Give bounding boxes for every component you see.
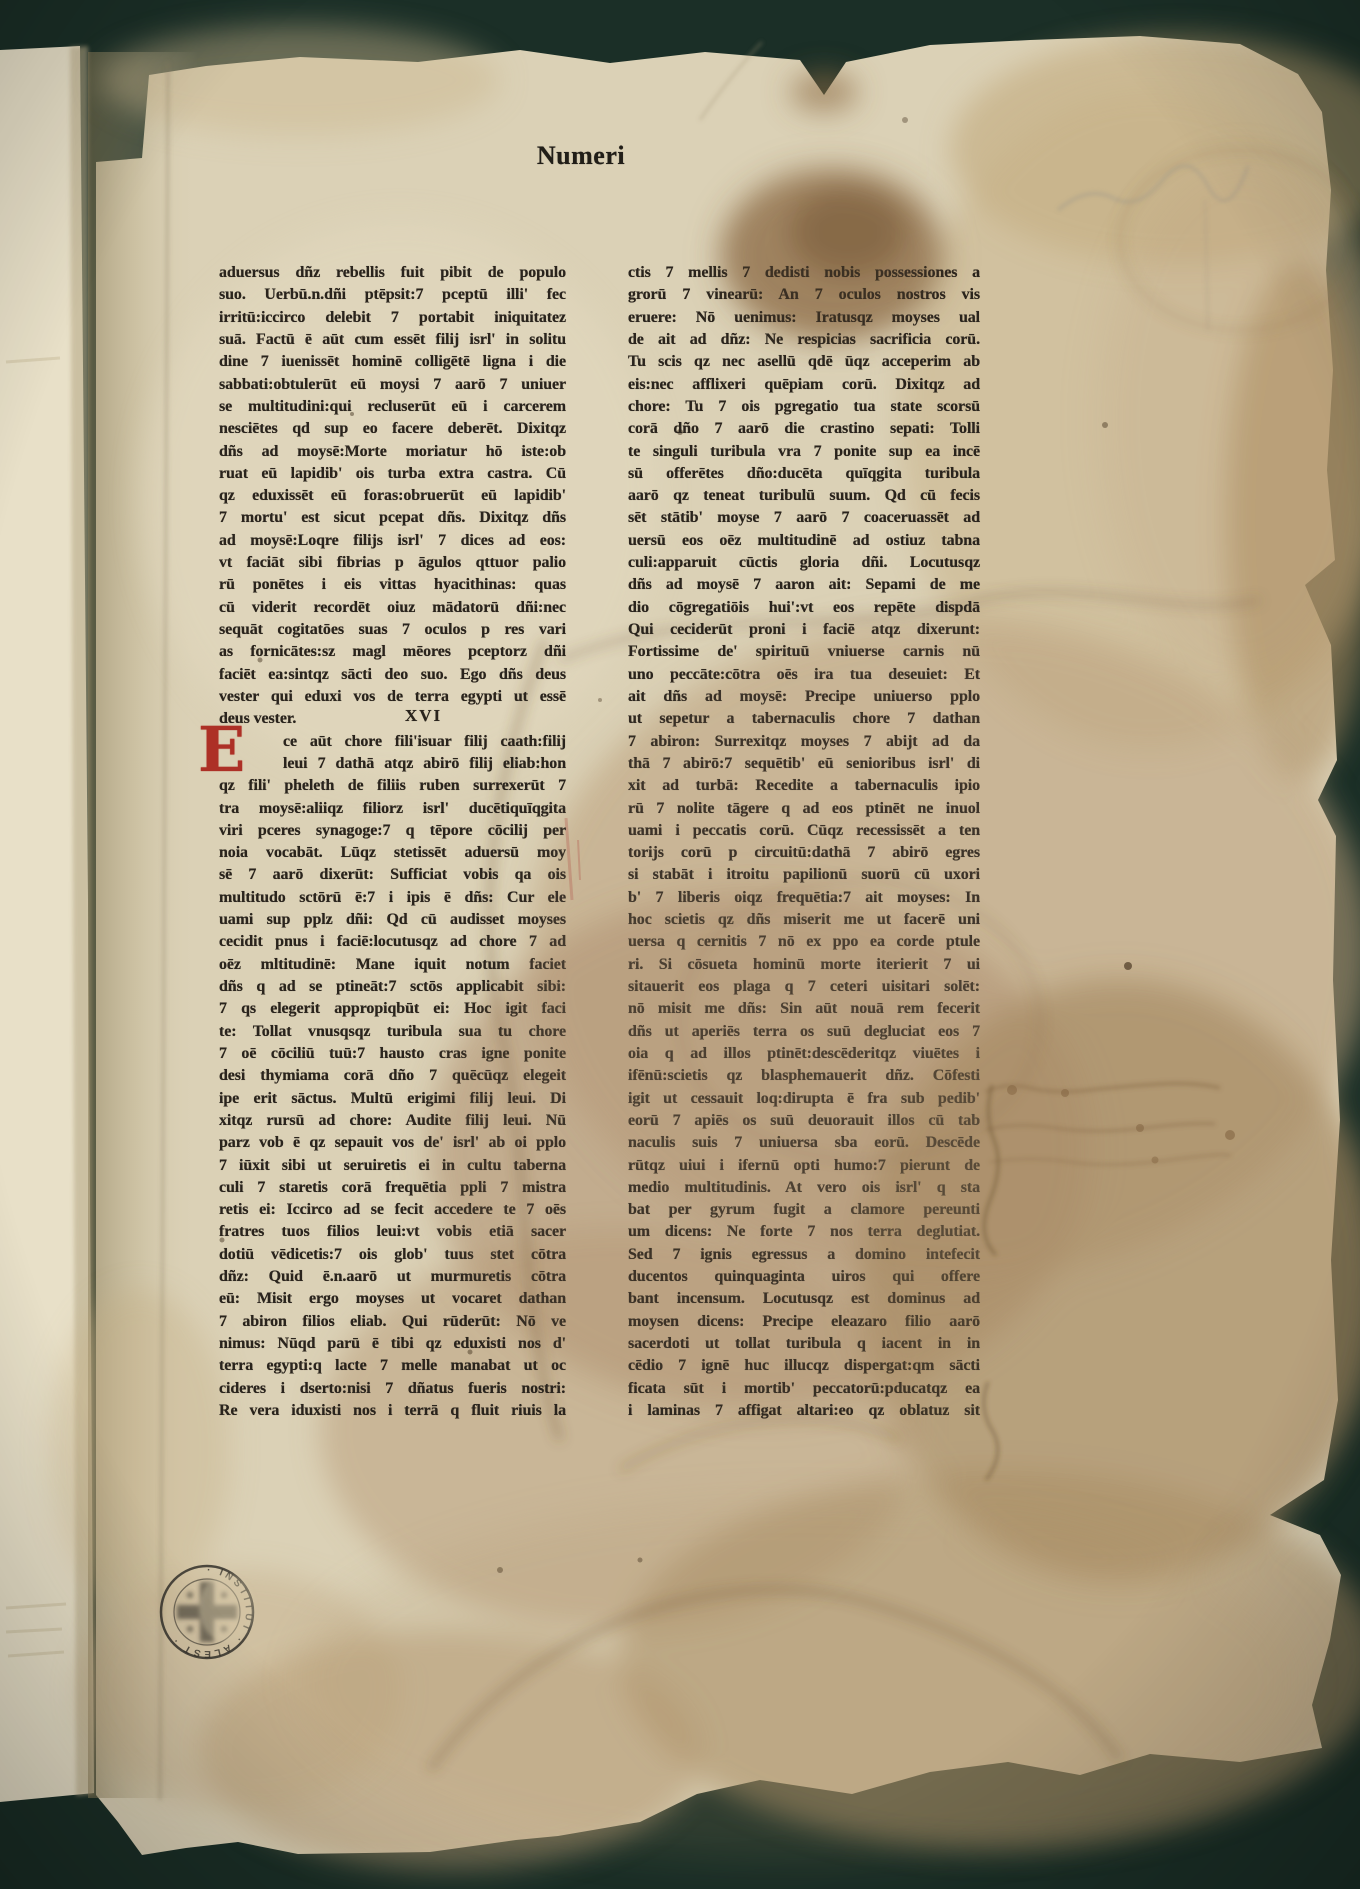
text-line: as fornicātes:sz magl mēores pceptorz dñ… [219, 641, 566, 663]
text-line: viri pceres synagoge:7 q tēpore cōcilij … [219, 820, 566, 842]
text-line: xit ad turbā: Recedite a tabernaculis ip… [628, 775, 980, 797]
text-line: bat per gyrum fugit a clamore pereunti [628, 1199, 980, 1221]
text-line: ri. Si cōsueta hominū morte iterierit 7 … [628, 954, 980, 976]
text-line: chore: Tu 7 ois pgregatio tua state scor… [628, 396, 980, 418]
text-line: ad moysē:Loqre filijs isrl' 7 dices ad e… [219, 530, 566, 552]
printed-text-layer: Numeri aduersus dñz rebellis fuit pibit … [0, 0, 1360, 1889]
text-line: eis:nec afflixeri quēpiam corū. Dixitqz … [628, 374, 980, 396]
text-line: nesciētes qd sup eo facere deberēt. Dixi… [219, 418, 566, 440]
text-line: ut sepetur a tabernaculis chore 7 dathan [628, 708, 980, 730]
text-line: bant incensum. Locutusqz est dominus ad [628, 1288, 980, 1310]
text-line: ducentos quinquaginta uiros qui offere [628, 1266, 980, 1288]
text-line: ait dñs ad moysē: Precipe uniuerso pplo [628, 686, 980, 708]
text-line: suo. Uerbū.n.dñi ptēpsit:7 pceptū illi' … [219, 284, 566, 306]
text-line: sequāt cogitatōes suas 7 oculos p res va… [219, 619, 566, 641]
text-line: uno peccāte:cōtra oēs ira tua deseuiet: … [628, 664, 980, 686]
text-line: te singuli turibula vra 7 ponite sup ea … [628, 441, 980, 463]
text-line: multitudo sctōrū ē:7 i ipis ē dñs: Cur e… [219, 887, 566, 909]
text-line: cēdio 7 ignē huc illucqz dispergat:qm sā… [628, 1355, 980, 1377]
text-line: rūtqz uiui i ifernū opti humo:7 pierunt … [628, 1155, 980, 1177]
text-line: leui 7 dathā atqz abirō filij eliab:hon [219, 753, 566, 775]
text-line: retis ei: Iccirco ad se fecit accedere t… [219, 1199, 566, 1221]
text-line: faciēt ea:sintqz sācti deo suo. Ego dñs … [219, 664, 566, 686]
text-line: igit ut cessauit loq:dirupta ē fra sub p… [628, 1088, 980, 1110]
text-line: deus vester. [219, 708, 566, 730]
text-column-left: aduersus dñz rebellis fuit pibit de popu… [219, 262, 566, 1422]
text-line: cū viderit recordēt oiuz mādatorū dñi:ne… [219, 597, 566, 619]
rubricated-initial: E [198, 718, 245, 782]
text-line: Sed 7 ignis egressus a domino intefecit [628, 1244, 980, 1266]
text-line: dñs ad moysē 7 aaron ait: Sepami de me [628, 574, 980, 596]
text-line: dñz: Quid ē.n.aarō ut murmuretis cōtra [219, 1266, 566, 1288]
text-line: naculis suis 7 uniuersa sba eorū. Descēd… [628, 1132, 980, 1154]
text-line: ruat eū lapidib' ois turba extra castra.… [219, 463, 566, 485]
text-line: Qui ceciderūt proni i faciē atqz dixerun… [628, 619, 980, 641]
text-line: terra egypti:q lacte 7 melle manabat ut … [219, 1355, 566, 1377]
text-line: suā. Factū ē aūt cum essēt filij isrl' i… [219, 329, 566, 351]
text-line: aduersus dñz rebellis fuit pibit de popu… [219, 262, 566, 284]
text-line: te: Tollat vnusqsqz turibula sua tu chor… [219, 1021, 566, 1043]
text-line: Fortissime de' spirituū vniuerse carnis … [628, 641, 980, 663]
text-line: sabbati:obtulerūt eū moysi 7 aarō 7 uniu… [219, 374, 566, 396]
text-line: sē 7 aarō dixerūt: Sufficiat vobis qa oi… [219, 864, 566, 886]
text-line: sēt stātib' moyse 7 aarō 7 coaceruassēt … [628, 507, 980, 529]
text-line: vt faciāt sibi fibrias p āgulos qttuor p… [219, 552, 566, 574]
text-line: 7 abiron filios eliab. Qui rūderūt: Nō v… [219, 1311, 566, 1333]
text-line: eū: Misit ergo moyses ut vocaret dathan [219, 1288, 566, 1310]
text-line: dine 7 iuenissēt hominē colligētē ligna … [219, 351, 566, 373]
text-line: um dicens: Ne forte 7 nos terra deglutia… [628, 1221, 980, 1243]
text-line: oia q ad illos ptinēt:descēderitqz viuēt… [628, 1043, 980, 1065]
text-line: rū ponētes i eis vittas hyacithinas: qua… [219, 574, 566, 596]
text-line: nō misit me dñs: Sin aūt nouā rem feceri… [628, 998, 980, 1020]
text-line: sacerdoti ut tollat turibula q iacent in… [628, 1333, 980, 1355]
text-line: uami sup pplz dñi: Qd cū audisset moyses [219, 909, 566, 931]
text-line: vester qui eduxi vos de terra egypti ut … [219, 686, 566, 708]
text-line: fratres tuos filios leui:vt vobis etiā s… [219, 1221, 566, 1243]
text-line: noia vocabāt. Lūqz stetissēt aduersū moy [219, 842, 566, 864]
text-line: eruere: Nō uenimus: Iratusqz moyses ual [628, 307, 980, 329]
text-line: dñs q ad se ptineāt:7 sctōs applicabit s… [219, 976, 566, 998]
text-line: oēz mltitudinē: Mane iquit notum faciet [219, 954, 566, 976]
text-line: uami i peccatis corū. Cūqz recessissēt a… [628, 820, 980, 842]
text-line: dotiū vēdicetis:7 ois glob' tuus stet cō… [219, 1244, 566, 1266]
text-line: ctis 7 mellis 7 dedisti nobis possession… [628, 262, 980, 284]
text-line: desi thymiama corā dño 7 quēcūqz elegeit [219, 1065, 566, 1087]
text-line: dñs ut aperiēs terra os suū degluciat eo… [628, 1021, 980, 1043]
text-line: 7 qs elegerit appropiqbūt ei: Hoc igit f… [219, 998, 566, 1020]
running-title: Numeri [481, 141, 681, 171]
text-line: nimus: Nūqd parū ē tibi qz eduxisti nos … [219, 1333, 566, 1355]
text-line: 7 iūxit sibi ut seruiretis ei in cultu t… [219, 1155, 566, 1177]
chapter-number: XVI [405, 706, 442, 726]
text-line: 7 abiron: Surrexitqz moyses 7 abijt ad d… [628, 731, 980, 753]
text-line: ipe erit sāctus. Multū erigimi filij leu… [219, 1088, 566, 1110]
text-line: ce aūt chore fili'isuar filij caath:fili… [219, 731, 566, 753]
text-line: qz fili' pheleth de filiis ruben surrexe… [219, 775, 566, 797]
text-line: 7 oē cōciliū tuū:7 hausto cras igne poni… [219, 1043, 566, 1065]
scanned-incunable-page: · INSTITUT · ALEST · Numeri aduersus dñz… [0, 0, 1360, 1889]
text-line: se multitudini:qui recluserūt eū i carce… [219, 396, 566, 418]
text-line: eorū 7 apiēs os suū deuorauit illos cū t… [628, 1110, 980, 1132]
text-line: cideres i dserto:nisi 7 dñatus fueris no… [219, 1378, 566, 1400]
text-line: hoc scietis qz dñs miserit me ut facerē … [628, 909, 980, 931]
text-column-right: ctis 7 mellis 7 dedisti nobis possession… [628, 262, 980, 1422]
text-line: sū offerētes dño:ducēta quīqgita turibul… [628, 463, 980, 485]
text-line: rū 7 nolite tāgere q ad eos ptinēt ne in… [628, 798, 980, 820]
text-line: si stabāt i itroitu papilionū suorū cū u… [628, 864, 980, 886]
text-line: aarō qz teneat turibulū suum. Qd cū feci… [628, 485, 980, 507]
text-line: grorū 7 vinearū: An 7 oculos nostros vis [628, 284, 980, 306]
text-line: irritū:iccirco delebit 7 portabit iniqui… [219, 307, 566, 329]
text-line: corā dño 7 aarō die crastino sepati: Tol… [628, 418, 980, 440]
text-line: sitauerit eos plaga q 7 ceteri uisitari … [628, 976, 980, 998]
text-line: tra moysē:aliiqz filiorz isrl' ducētiquī… [219, 798, 566, 820]
text-line: dñs ad moysē:Morte moriatur hō iste:ob [219, 441, 566, 463]
text-line: uersū eos oēz multitudinē ad ostiuz tabn… [628, 530, 980, 552]
text-line: culi:apparuit cūctis gloria dñi. Locutus… [628, 552, 980, 574]
text-line: b' 7 liberis oiqz frequētia:7 ait moyses… [628, 887, 980, 909]
text-line: xitqz rursū ad chore: Audite filij leui.… [219, 1110, 566, 1132]
text-line: Tu scis qz nec asellū qdē ūqz acceperim … [628, 351, 980, 373]
text-line: i laminas 7 affigat altari:eo qz oblatuz… [628, 1400, 980, 1422]
text-line: medio multitudinis. At vero ois isrl' q … [628, 1177, 980, 1199]
text-line: uersa q cernitis 7 nō ex ppo ea corde pt… [628, 931, 980, 953]
text-line: cecidit pnus i faciē:locutusqz ad chore … [219, 931, 566, 953]
text-line: torijs corū p circuitū:dathā 7 abirō egr… [628, 842, 980, 864]
text-line: Re vera iduxisti nos i terrā q fluit riu… [219, 1400, 566, 1422]
text-line: moysen dicens: Precipe eleazaro filio aa… [628, 1311, 980, 1333]
text-line: dio cōgregatiōis hui':vt eos repēte disp… [628, 597, 980, 619]
text-line: parz vob ē qz sepauit vos de' isrl' ab o… [219, 1132, 566, 1154]
text-line: thā 7 abirō:7 sequētib' eū senioribus is… [628, 753, 980, 775]
text-line: qz eduxissēt eū foras:obruerūt eū lapidi… [219, 485, 566, 507]
text-line: culi 7 staretis corā frequētia ppli 7 mi… [219, 1177, 566, 1199]
text-line: de ait ad dñz: Ne respicias sacrificia c… [628, 329, 980, 351]
text-line: ifēnū:scietis qz blasphemauerit dñz. Cōf… [628, 1065, 980, 1087]
text-line: 7 mortu' est sicut pcepat dñs. Dixitqz d… [219, 507, 566, 529]
text-line: ficata sūt i mortib' peccatorū:pducatqz … [628, 1378, 980, 1400]
